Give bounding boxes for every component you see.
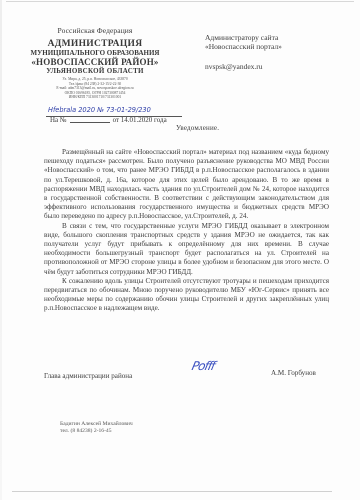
paragraph-2: В связи с тем, что государственные услуг… [44,222,329,277]
letterhead-district: «НОВОСПАССКИЙ РАЙОН» [20,57,170,67]
signatory-name: А.М. Горбунов [271,369,316,377]
addressee-block: Администратору сайта «Новоспасский порта… [205,33,282,71]
reference-blank [70,122,110,123]
executor-phone: тел. (8 84238) 2-16-45 [60,428,133,435]
scanned-letter-page: Российская Федерация АДМИНИСТРАЦИЯ МУНИЦ… [0,0,360,500]
letterhead-admin: АДМИНИСТРАЦИЯ [20,39,170,49]
reference-prefix: На № [50,116,67,124]
registration-line: Hfebrala 2020 № 73-01-29/230 [46,106,182,116]
scan-edge-left [0,0,2,500]
handwritten-signature: Pofff [191,359,216,373]
letter-body: Размещённый на сайте «Новоспасский порта… [44,148,329,314]
addressee-email: nvspsk@yandex.ru [205,62,282,71]
letterhead-country: Российская Федерация [20,26,170,35]
addressee-line1: Администратору сайта [205,33,282,42]
executor-name: Бадигин Алексей Михайлович [60,421,133,428]
scan-edge-top [6,1,354,2]
letterhead-contacts: Ул. Мира, д. 25, р.п. Новоспасское, 4338… [20,77,170,100]
scan-edge-bottom [12,491,332,492]
reference-line: На №от 14.01.2020 года [50,116,167,124]
notice-title: Уведомление. [176,124,219,132]
contact-line-inn: ИНН/КПП 7313001710/731301001 [20,95,170,100]
signature-row: Глава администрации района Pofff А.М. Го… [44,369,334,383]
paragraph-1: Размещённый на сайте «Новоспасский порта… [44,148,329,222]
signatory-title: Глава администрации района [44,372,132,380]
registration-handwritten-number: Hfebrala 2020 № 73-01-29/230 [48,106,151,114]
letterhead: Российская Федерация АДМИНИСТРАЦИЯ МУНИЦ… [20,20,170,100]
letterhead-municipality: МУНИЦИПАЛЬНОГО ОБРАЗОВАНИЯ [20,49,170,57]
addressee-line2: «Новоспасский портал» [205,42,282,51]
reference-date: от 14.01.2020 года [113,116,167,124]
executor-block: Бадигин Алексей Михайлович тел. (8 84238… [60,421,133,435]
letterhead-region: УЛЬЯНОВСКОЙ ОБЛАСТИ [20,67,170,75]
paragraph-3: К сожалению вдоль улицы Строителей отсут… [44,277,329,314]
